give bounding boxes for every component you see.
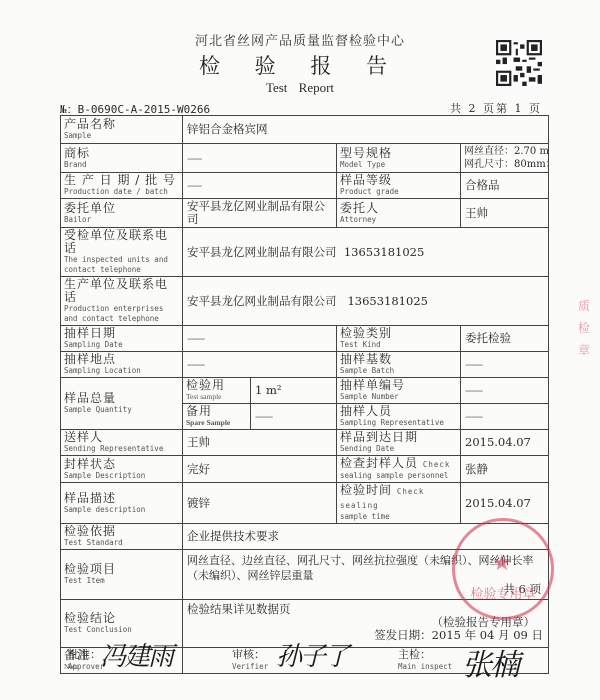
label-production-date: 生 产 日 期 / 批 号Production date / batch bbox=[61, 173, 183, 199]
value-spare-sample: ------ bbox=[251, 404, 337, 430]
label-sample-desc: 样品描述Sample description bbox=[61, 483, 183, 524]
label-sending-rep: 送样人Sending Representative bbox=[61, 430, 183, 456]
verifier-signature: 孙子了 bbox=[276, 636, 348, 673]
value-sample-seal: 完好 bbox=[183, 456, 337, 483]
verifier-block: 审核： Verifier bbox=[232, 646, 268, 671]
label-sampling-date: 抽样日期Sampling Date bbox=[61, 326, 183, 352]
label-sampling-location: 抽样地点Sampling Location bbox=[61, 352, 183, 378]
value-sending-date: 2015.04.07 bbox=[461, 430, 549, 456]
label-production-unit: 生产单位及联系电话Production enterprises and cont… bbox=[61, 277, 183, 326]
label-bailor: 委托单位Bailor bbox=[61, 199, 183, 228]
value-sample-number: ------ bbox=[461, 378, 549, 404]
value-seal-personnel: 张静 bbox=[461, 456, 549, 483]
value-sample-batch: ------ bbox=[461, 352, 549, 378]
star-icon: ★ bbox=[492, 551, 512, 576]
value-sampling-location: ------ bbox=[183, 352, 337, 378]
qr-code-icon bbox=[496, 40, 542, 86]
value-production-date: ----- bbox=[183, 173, 337, 199]
value-sampling-rep: ------ bbox=[461, 404, 549, 430]
value-bailor: 安平县龙亿网业制品有限公司 bbox=[183, 199, 337, 228]
value-product-grade: 合格品 bbox=[461, 173, 549, 199]
label-sampling-rep: 抽样人员Sampling Representative bbox=[337, 404, 461, 430]
label-sample-number: 抽样单编号Sample Number bbox=[337, 378, 461, 404]
label-test-time: 检验时间 Check sealingsample time bbox=[337, 483, 461, 524]
value-sampling-date: ------ bbox=[183, 326, 337, 352]
label-sample-batch: 抽样基数Sample Batch bbox=[337, 352, 461, 378]
value-brand: ----- bbox=[183, 144, 337, 173]
label-test-item: 检验项目Test Item bbox=[61, 550, 183, 600]
label-seal-personnel: 检查封样人员 Checksealing sample personnel bbox=[337, 456, 461, 483]
label-sample-seal: 封样状态Sample Description bbox=[61, 456, 183, 483]
edge-seal-fragment: 质 检 章 bbox=[578, 295, 590, 361]
label-model-type: 型号规格Model Type bbox=[337, 144, 461, 173]
label-inspected-unit: 受检单位及联系电话The inspected units and contact… bbox=[61, 228, 183, 277]
label-test-kind: 检验类别Test Kind bbox=[337, 326, 461, 352]
label-sample-quantity: 样品总量Sample Quantity bbox=[61, 378, 183, 430]
official-seal-stamp: ★ 检验专用章 bbox=[452, 518, 554, 620]
value-sample-desc: 镀锌 bbox=[183, 483, 337, 524]
value-sample: 锌铝合金格宾网 bbox=[183, 116, 549, 144]
value-sending-rep: 王帅 bbox=[183, 430, 337, 456]
approver-block: 批准： Approver bbox=[68, 646, 104, 671]
main-inspector-signature: 张楠 bbox=[462, 640, 518, 684]
approver-signature: 冯建雨 bbox=[100, 636, 172, 673]
value-test-kind: 委托检验 bbox=[461, 326, 549, 352]
production-unit-phone: 13653181025 bbox=[347, 294, 427, 308]
label-product-grade: 样品等级Product grade bbox=[337, 173, 461, 199]
label-test-standard: 检验依据Test Standard bbox=[61, 524, 183, 550]
label-attorney: 委托人Attorney bbox=[337, 199, 461, 228]
page-info: 共 2 页第 1 页 bbox=[450, 100, 542, 116]
label-brand: 商标Brand bbox=[61, 144, 183, 173]
value-attorney: 王帅 bbox=[461, 199, 549, 228]
inspected-unit-phone: 13653181025 bbox=[344, 245, 424, 259]
label-spare-sample: 备用Spare Sample bbox=[183, 404, 251, 430]
value-inspected-unit: 安平县龙亿网业制品有限公司 13653181025 bbox=[183, 228, 549, 277]
label-sample: 产品名称Sample bbox=[61, 116, 183, 144]
main-inspector-block: 主检： Main inspect bbox=[398, 646, 452, 671]
label-sending-date: 样品到达日期Sending Date bbox=[337, 430, 461, 456]
value-production-unit: 安平县龙亿网业制品有限公司 13653181025 bbox=[183, 277, 549, 326]
label-test-sample: 检验用Test sample bbox=[183, 378, 251, 404]
value-model-type: 网丝直径：2.70 mm 网孔尺寸：80mm×100mm bbox=[461, 144, 549, 173]
value-test-sample: 1 m² bbox=[251, 378, 337, 404]
